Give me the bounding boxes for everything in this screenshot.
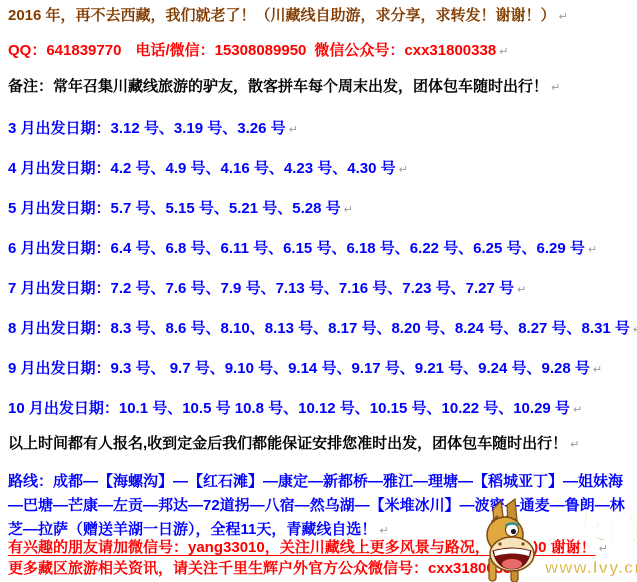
footer-text-1: 有兴趣的朋友请加微信号：yang33010，关注川藏线上更多风景与路况，0(∩_… <box>8 539 596 556</box>
departure-text: 8 月出发日期：8.3 号、8.6 号、8.10、8.13 号、8.17 号、8… <box>8 320 630 337</box>
svg-text:www.lvy.cn: www.lvy.cn <box>544 558 637 577</box>
paragraph-mark: ↵ <box>593 361 602 379</box>
page-title: 2016 年，再不去西藏，我们就老了！（川藏线自助游，求分享，求转发！谢谢！）↵ <box>8 7 568 26</box>
footer-contact-line-2: 更多藏区旅游相关资讯，请关注千里生辉户外官方公众微信号：cxx31800338 <box>8 560 520 578</box>
departure-text: 10 月出发日期：10.1 号、10.5 号 10.8 号、10.12 号、10… <box>8 400 570 417</box>
guarantee-text: 以上时间都有人报名,收到定金后我们都能保证安排您准时出发，团体包车随时出行！ <box>8 435 567 452</box>
departure-line: 3 月出发日期：3.12 号、3.19 号、3.26 号↵ <box>8 120 637 139</box>
qq-number: 641839770 <box>46 42 121 59</box>
paragraph-mark: ↵ <box>399 161 408 179</box>
paragraph-mark: ↵ <box>517 281 526 299</box>
footer-contact-line-1: 有兴趣的朋友请加微信号：yang33010，关注川藏线上更多风景与路况，0(∩_… <box>8 539 608 558</box>
departure-line: 5 月出发日期：5.7 号、5.15 号、5.21 号、5.28 号↵ <box>8 200 637 219</box>
paragraph-mark: ↵ <box>559 8 568 26</box>
title-text: 2016 年，再不去西藏，我们就老了！（川藏线自助游，求分享，求转发！谢谢！） <box>8 7 556 24</box>
departure-line: 9 月出发日期：9.3 号、 9.7 号、9.10 号、9.14 号、9.17 … <box>8 360 637 379</box>
departure-text: 4 月出发日期：4.2 号、4.9 号、4.16 号、4.23 号、4.30 号 <box>8 160 396 177</box>
departure-line: 7 月出发日期：7.2 号、7.6 号、7.9 号、7.13 号、7.16 号、… <box>8 280 637 299</box>
guarantee-line: 以上时间都有人报名,收到定金后我们都能保证安排您准时出发，团体包车随时出行！↵ <box>8 435 579 454</box>
departure-text: 9 月出发日期：9.3 号、 9.7 号、9.10 号、9.14 号、9.17 … <box>8 360 590 377</box>
paragraph-mark: ↵ <box>573 401 582 419</box>
departure-line: 4 月出发日期：4.2 号、4.9 号、4.16 号、4.23 号、4.30 号… <box>8 160 637 179</box>
phone-number: 15308089950 <box>215 42 307 59</box>
departure-line: 6 月出发日期：6.4 号、6.8 号、6.11 号、6.15 号、6.18 号… <box>8 240 637 259</box>
departure-line: 8 月出发日期：8.3 号、8.6 号、8.10、8.13 号、8.17 号、8… <box>8 320 637 339</box>
paragraph-mark: ↵ <box>551 79 560 97</box>
departure-text: 3 月出发日期：3.12 号、3.19 号、3.26 号 <box>8 120 286 137</box>
paragraph-mark: ↵ <box>633 321 637 339</box>
wechat-id: cxx31800338 <box>404 42 496 59</box>
paragraph-mark: ↵ <box>289 121 298 139</box>
phone-label: 电话/微信： <box>135 42 214 59</box>
paragraph-mark: ↵ <box>599 540 608 558</box>
paragraph-mark: ↵ <box>499 43 508 61</box>
paragraph-mark: ↵ <box>588 241 597 259</box>
departure-text: 5 月出发日期：5.7 号、5.15 号、5.21 号、5.28 号 <box>8 200 341 217</box>
wechat-label: 微信公众号： <box>314 42 404 59</box>
route-label: 路线： <box>8 473 53 490</box>
footer-text-2: 更多藏区旅游相关资讯，请关注千里生辉户外官方公众微信号：cxx31800338 <box>8 560 520 577</box>
departure-text: 6 月出发日期：6.4 号、6.8 号、6.11 号、6.15 号、6.18 号… <box>8 240 585 257</box>
departure-text: 7 月出发日期：7.2 号、7.6 号、7.9 号、7.13 号、7.16 号、… <box>8 280 514 297</box>
qq-label: QQ： <box>8 42 46 59</box>
paragraph-mark: ↵ <box>344 201 353 219</box>
route-paragraph: 路线：成都—【海螺沟】—【红石滩】—康定—新都桥—雅江—理塘—【稻城亚丁】—姐妹… <box>8 470 632 543</box>
contact-line: QQ：641839770电话/微信：15308089950微信公众号：cxx31… <box>8 42 508 61</box>
paragraph-mark: ↵ <box>570 436 579 454</box>
departure-line: 10 月出发日期：10.1 号、10.5 号 10.8 号、10.12 号、10… <box>8 400 637 419</box>
note-line: 备注：常年召集川藏线旅游的驴友，散客拼车每个周末出发，团体包车随时出行！↵ <box>8 78 560 97</box>
departure-list: 3 月出发日期：3.12 号、3.19 号、3.26 号↵4 月出发日期：4.2… <box>8 120 637 440</box>
note-text: 备注：常年召集川藏线旅游的驴友，散客拼车每个周末出发，团体包车随时出行！ <box>8 78 548 95</box>
route-text: 成都—【海螺沟】—【红石滩】—康定—新都桥—雅江—理塘—【稻城亚丁】—姐妹海—巴… <box>8 473 625 538</box>
